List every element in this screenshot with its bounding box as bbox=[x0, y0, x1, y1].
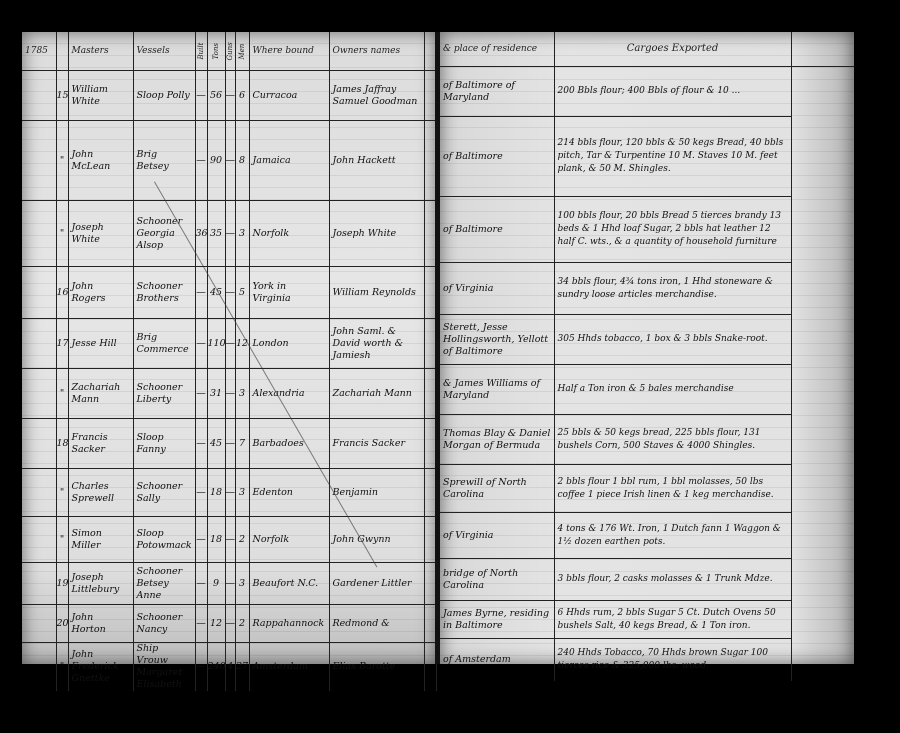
header-masters: Masters bbox=[68, 32, 133, 71]
cell-guns: — bbox=[225, 517, 235, 563]
cell-day: 19 bbox=[56, 563, 68, 605]
header-row: & place of residence Cargoes Exported bbox=[440, 32, 854, 67]
header-blank bbox=[791, 32, 854, 67]
header-owners: Owners names bbox=[329, 32, 424, 71]
cell-residence: of Amsterdam bbox=[440, 639, 554, 681]
header-residence: & place of residence bbox=[440, 32, 554, 67]
cell-men: 2 bbox=[235, 605, 249, 643]
cell-cargo: 240 Hhds Tobacco, 70 Hhds brown Sugar 10… bbox=[554, 639, 791, 681]
cell-vessel: Schooner Brothers bbox=[133, 267, 195, 319]
cell-men: 3 bbox=[235, 469, 249, 517]
cell-tons: 35 bbox=[207, 201, 225, 267]
cell-cargo: 2 bbls flour 1 bbl rum, 1 bbl molasses, … bbox=[554, 465, 791, 513]
cell-residence: Sterett, Jesse Hollingsworth, Yellott of… bbox=[440, 315, 554, 365]
cell-blank bbox=[22, 563, 56, 605]
header-row: 1785 Masters Vessels Built Tons Guns Men… bbox=[22, 32, 436, 71]
cell-blank bbox=[22, 121, 56, 201]
cell-cargo: 200 Bbls flour; 400 Bbls of flour & 10 .… bbox=[554, 67, 791, 117]
cell-blank bbox=[791, 67, 854, 117]
cell-vessel: Sloop Potowmack bbox=[133, 517, 195, 563]
cell-day: 18 bbox=[56, 419, 68, 469]
table-row: James Byrne, residing in Baltimore 6 Hhd… bbox=[440, 601, 854, 639]
cell-master: Joseph White bbox=[68, 201, 133, 267]
cell-men: 3 bbox=[235, 201, 249, 267]
cell-residence: Thomas Blay & Daniel Morgan of Bermuda bbox=[440, 415, 554, 465]
cell-master: John McLean bbox=[68, 121, 133, 201]
cell-master: Francis Sacker bbox=[68, 419, 133, 469]
table-row: " John Frederick Gnettke Ship Vrouw Marg… bbox=[22, 643, 436, 692]
cell-guns: — bbox=[225, 605, 235, 643]
cell-owners: William Reynolds bbox=[329, 267, 424, 319]
cell-cargo: 6 Hhds rum, 2 bbls Sugar 5 Ct. Dutch Ove… bbox=[554, 601, 791, 639]
cell-tons: 12 bbox=[207, 605, 225, 643]
cell-blank bbox=[22, 469, 56, 517]
table-row: 17 Jesse Hill Brig Commerce — 110 — 12 L… bbox=[22, 319, 436, 369]
header-men: Men bbox=[235, 32, 249, 71]
cell-tons: 31 bbox=[207, 369, 225, 419]
cell-blank bbox=[791, 197, 854, 263]
cell-residence: of Virginia bbox=[440, 513, 554, 559]
cell-blank bbox=[22, 643, 56, 692]
cell-residence: Sprewill of North Carolina bbox=[440, 465, 554, 513]
cell-guns: — bbox=[225, 419, 235, 469]
cell-guns: — bbox=[225, 71, 235, 121]
cell-vessel: Brig Betsey bbox=[133, 121, 195, 201]
cell-master: Jesse Hill bbox=[68, 319, 133, 369]
cell-guns: — bbox=[225, 369, 235, 419]
table-row: Thomas Blay & Daniel Morgan of Bermuda 2… bbox=[440, 415, 854, 465]
cell-cargo: 34 bbls flour, 4¾ tons iron, 1 Hhd stone… bbox=[554, 263, 791, 315]
cell-blank bbox=[791, 559, 854, 601]
cell-bound: Beaufort N.C. bbox=[249, 563, 329, 605]
table-row: " Joseph White Schooner Georgia Alsop 36… bbox=[22, 201, 436, 267]
table-row: 18 Francis Sacker Sloop Fanny — 45 — 7 B… bbox=[22, 419, 436, 469]
cell-blank bbox=[22, 369, 56, 419]
cell-day: 15 bbox=[56, 71, 68, 121]
cell-tons: 18 bbox=[207, 517, 225, 563]
cell-bound: Alexandria bbox=[249, 369, 329, 419]
header-cargoes: Cargoes Exported bbox=[554, 32, 791, 67]
cell-blank bbox=[791, 513, 854, 559]
cell-master: John Frederick Gnettke bbox=[68, 643, 133, 692]
cell-residence: bridge of North Carolina bbox=[440, 559, 554, 601]
cell-cargo: Half a Ton iron & 5 bales merchandise bbox=[554, 365, 791, 415]
cell-residence: & James Williams of Maryland bbox=[440, 365, 554, 415]
cell-guns: — bbox=[225, 563, 235, 605]
cell-owners: Elias Barotte bbox=[329, 643, 424, 692]
cell-blank bbox=[791, 365, 854, 415]
cell-guns: — bbox=[225, 319, 235, 369]
cell-tons: 240 bbox=[207, 643, 225, 692]
cell-day: 17 bbox=[56, 319, 68, 369]
cell-bound: Rappahannock bbox=[249, 605, 329, 643]
cell-day: " bbox=[56, 201, 68, 267]
cell-built: — bbox=[195, 369, 207, 419]
cell-vessel: Sloop Polly bbox=[133, 71, 195, 121]
header-guns: Guns bbox=[225, 32, 235, 71]
cell-tons: 56 bbox=[207, 71, 225, 121]
cell-blank bbox=[22, 267, 56, 319]
cell-owners: John Gwynn bbox=[329, 517, 424, 563]
ledger-right-table: & place of residence Cargoes Exported of… bbox=[440, 32, 854, 681]
cell-owners: Joseph White bbox=[329, 201, 424, 267]
cell-bound: York in Virginia bbox=[249, 267, 329, 319]
cell-master: Charles Sprewell bbox=[68, 469, 133, 517]
table-row: & James Williams of Maryland Half a Ton … bbox=[440, 365, 854, 415]
table-row: " John McLean Brig Betsey — 90 — 8 Jamai… bbox=[22, 121, 436, 201]
table-row: of Baltimore 100 bbls flour, 20 bbls Bre… bbox=[440, 197, 854, 263]
header-vessels: Vessels bbox=[133, 32, 195, 71]
table-row: Sprewill of North Carolina 2 bbls flour … bbox=[440, 465, 854, 513]
cell-vessel: Schooner Georgia Alsop bbox=[133, 201, 195, 267]
cell-built: — bbox=[195, 267, 207, 319]
cell-blank bbox=[791, 263, 854, 315]
table-row: of Virginia 34 bbls flour, 4¾ tons iron,… bbox=[440, 263, 854, 315]
table-row: of Baltimore 214 bbls flour, 120 bbls & … bbox=[440, 117, 854, 197]
cell-master: Simon Miller bbox=[68, 517, 133, 563]
cell-built: — bbox=[195, 643, 207, 692]
cell-cargo: 25 bbls & 50 kegs bread, 225 bbls flour,… bbox=[554, 415, 791, 465]
cell-owners: James Jaffray Samuel Goodman bbox=[329, 71, 424, 121]
cell-tons: 18 bbox=[207, 469, 225, 517]
cell-blank bbox=[791, 639, 854, 681]
table-row: of Amsterdam 240 Hhds Tobacco, 70 Hhds b… bbox=[440, 639, 854, 681]
cell-blank bbox=[22, 517, 56, 563]
cell-residence: James Byrne, residing in Baltimore bbox=[440, 601, 554, 639]
cell-built: — bbox=[195, 517, 207, 563]
cell-vessel: Ship Vrouw Margaret Elisabeth bbox=[133, 643, 195, 692]
cell-men: 7 bbox=[235, 419, 249, 469]
cell-cargo: 214 bbls flour, 120 bbls & 50 kegs Bread… bbox=[554, 117, 791, 197]
cell-men: 8 bbox=[235, 121, 249, 201]
cell-day: 16 bbox=[56, 267, 68, 319]
cell-guns: — bbox=[225, 469, 235, 517]
cell-tons: 45 bbox=[207, 267, 225, 319]
table-row: 19 Joseph Littlebury Schooner Betsey Ann… bbox=[22, 563, 436, 605]
cell-day: " bbox=[56, 469, 68, 517]
cell-owners: Redmond & bbox=[329, 605, 424, 643]
cell-built: — bbox=[195, 605, 207, 643]
table-row: Sterett, Jesse Hollingsworth, Yellott of… bbox=[440, 315, 854, 365]
cell-built: — bbox=[195, 71, 207, 121]
cell-day: " bbox=[56, 369, 68, 419]
table-row: of Virginia 4 tons & 176 Wt. Iron, 1 Dut… bbox=[440, 513, 854, 559]
cell-men: 27 bbox=[235, 643, 249, 692]
ledger-left-page: 1785 Masters Vessels Built Tons Guns Men… bbox=[22, 32, 436, 664]
cell-guns: — bbox=[225, 201, 235, 267]
cell-built: — bbox=[195, 563, 207, 605]
cell-built: — bbox=[195, 469, 207, 517]
cell-master: John Rogers bbox=[68, 267, 133, 319]
cell-residence: of Baltimore bbox=[440, 197, 554, 263]
cell-built: — bbox=[195, 121, 207, 201]
header-year: 1785 bbox=[22, 32, 56, 71]
cell-master: Zachariah Mann bbox=[68, 369, 133, 419]
cell-men: 2 bbox=[235, 517, 249, 563]
cell-day: " bbox=[56, 121, 68, 201]
cell-tons: 9 bbox=[207, 563, 225, 605]
cell-men: 6 bbox=[235, 71, 249, 121]
cell-owners: John Saml. & David worth & Jamiesh bbox=[329, 319, 424, 369]
cell-bound: London bbox=[249, 319, 329, 369]
cell-blank bbox=[791, 601, 854, 639]
cell-residence: of Baltimore bbox=[440, 117, 554, 197]
cell-blank bbox=[791, 465, 854, 513]
cell-tons: 45 bbox=[207, 419, 225, 469]
table-row: of Baltimore of Maryland 200 Bbls flour;… bbox=[440, 67, 854, 117]
cell-owners: John Hackett bbox=[329, 121, 424, 201]
cell-vessel: Schooner Betsey Anne bbox=[133, 563, 195, 605]
cell-vessel: Schooner Sally bbox=[133, 469, 195, 517]
cell-cargo: 100 bbls flour, 20 bbls Bread 5 tierces … bbox=[554, 197, 791, 263]
header-where-bound: Where bound bbox=[249, 32, 329, 71]
cell-built: — bbox=[195, 319, 207, 369]
cell-vessel: Schooner Nancy bbox=[133, 605, 195, 643]
cell-guns: 4 bbox=[225, 643, 235, 692]
cell-tons: 110 bbox=[207, 319, 225, 369]
cell-men: 5 bbox=[235, 267, 249, 319]
cell-bound: Norfolk bbox=[249, 517, 329, 563]
header-tons: Tons bbox=[207, 32, 225, 71]
cell-day: 20 bbox=[56, 605, 68, 643]
cell-blank bbox=[22, 319, 56, 369]
table-row: bridge of North Carolina 3 bbls flour, 2… bbox=[440, 559, 854, 601]
cell-men: 3 bbox=[235, 563, 249, 605]
cell-residence: of Virginia bbox=[440, 263, 554, 315]
cell-blank bbox=[791, 415, 854, 465]
header-built: Built bbox=[195, 32, 207, 71]
cell-cargo: 305 Hhds tobacco, 1 box & 3 bbls Snake-r… bbox=[554, 315, 791, 365]
cell-blank bbox=[22, 605, 56, 643]
cell-built: — bbox=[195, 419, 207, 469]
cell-cargo: 4 tons & 176 Wt. Iron, 1 Dutch fann 1 Wa… bbox=[554, 513, 791, 559]
cell-bound: Amsterdam bbox=[249, 643, 329, 692]
header-day bbox=[56, 32, 68, 71]
cell-bound: Norfolk bbox=[249, 201, 329, 267]
cell-master: William White bbox=[68, 71, 133, 121]
cell-blank bbox=[791, 315, 854, 365]
ledger-left-table: 1785 Masters Vessels Built Tons Guns Men… bbox=[22, 32, 437, 691]
cell-master: Joseph Littlebury bbox=[68, 563, 133, 605]
ledger-right-page: & place of residence Cargoes Exported of… bbox=[440, 32, 854, 664]
cell-men: 3 bbox=[235, 369, 249, 419]
cell-blank bbox=[22, 71, 56, 121]
cell-cargo: 3 bbls flour, 2 casks molasses & 1 Trunk… bbox=[554, 559, 791, 601]
cell-vessel: Schooner Liberty bbox=[133, 369, 195, 419]
table-row: 15 William White Sloop Polly — 56 — 6 Cu… bbox=[22, 71, 436, 121]
cell-blank bbox=[22, 419, 56, 469]
cell-master: John Horton bbox=[68, 605, 133, 643]
cell-vessel: Brig Commerce bbox=[133, 319, 195, 369]
cell-day: " bbox=[56, 517, 68, 563]
cell-owners: Gardener Littler bbox=[329, 563, 424, 605]
cell-bound: Jamaica bbox=[249, 121, 329, 201]
cell-bound: Edenton bbox=[249, 469, 329, 517]
cell-day: " bbox=[56, 643, 68, 692]
table-row: " Simon Miller Sloop Potowmack — 18 — 2 … bbox=[22, 517, 436, 563]
cell-blank bbox=[22, 201, 56, 267]
cell-owners: Zachariah Mann bbox=[329, 369, 424, 419]
cell-bound: Barbadoes bbox=[249, 419, 329, 469]
cell-bound: Curracoa bbox=[249, 71, 329, 121]
cell-guns: — bbox=[225, 121, 235, 201]
cell-blank bbox=[791, 117, 854, 197]
table-row: " Charles Sprewell Schooner Sally — 18 —… bbox=[22, 469, 436, 517]
cell-owners: Francis Sacker bbox=[329, 419, 424, 469]
table-row: " Zachariah Mann Schooner Liberty — 31 —… bbox=[22, 369, 436, 419]
table-row: 20 John Horton Schooner Nancy — 12 — 2 R… bbox=[22, 605, 436, 643]
cell-vessel: Sloop Fanny bbox=[133, 419, 195, 469]
cell-residence: of Baltimore of Maryland bbox=[440, 67, 554, 117]
cell-tons: 90 bbox=[207, 121, 225, 201]
